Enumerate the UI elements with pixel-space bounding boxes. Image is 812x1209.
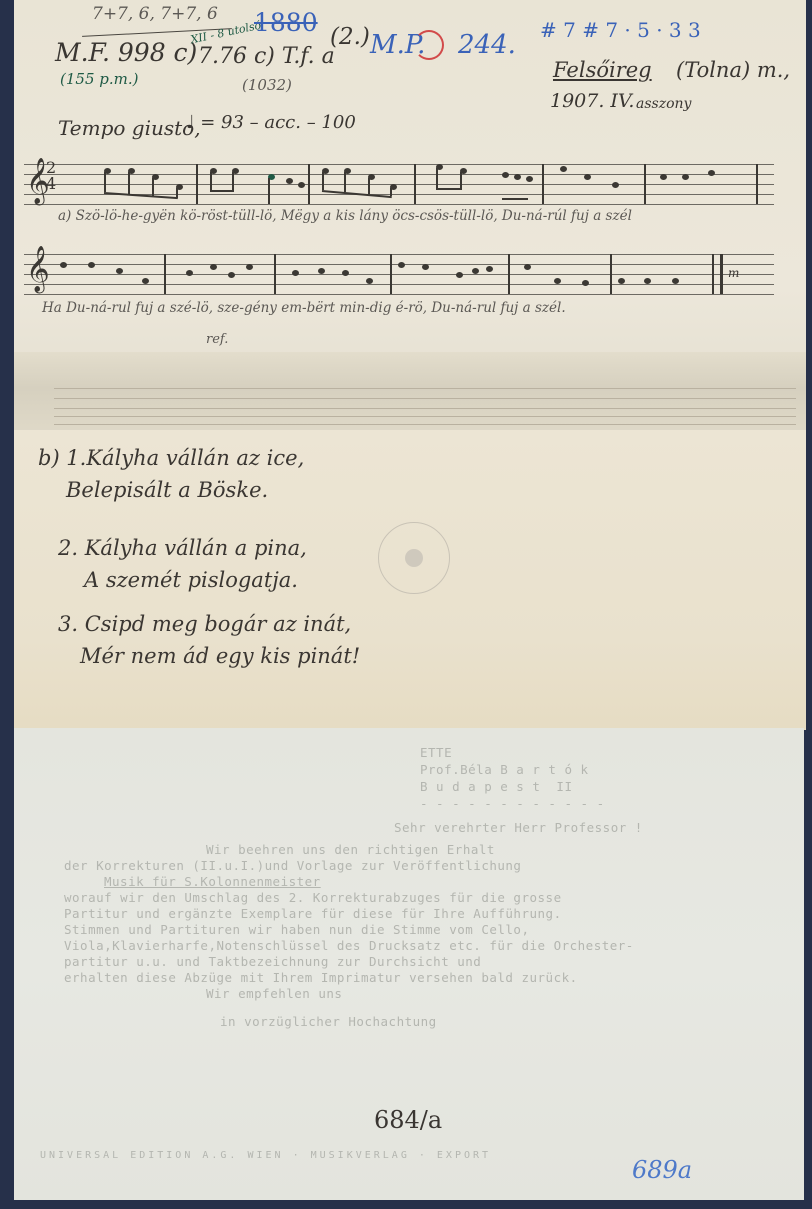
typed-line: B u d a p e s t II [420,779,573,794]
tf-reference: 7.76 c) T.f. a [198,44,335,69]
library-stamp-icon [378,522,450,594]
archive-number-pencil: 684/a [374,1106,442,1134]
typed-line: Wir beehren uns den richtigen Erhalt [206,842,495,857]
verse-2-line-1: 2. Kályha vállán a pina, [58,536,307,560]
folded-empty-staff [14,352,806,442]
music-staff-2: 𝄞 m [24,254,774,296]
typed-footer: UNIVERSAL EDITION A.G. WIEN · MUSIKVERLA… [40,1150,491,1161]
lyrics-line-1: a) Szö-lö-he-gyën kö-röst-tüll-lö, Mëgy … [58,208,632,224]
lyrics-line-2: Ha Du-ná-rul fuj a szé-lö, sze-gény em-b… [42,300,566,316]
verse-2-text-1: Kályha vállán a pina, [85,536,307,560]
typed-line: worauf wir den Umschlag des 2. Korrektur… [64,890,562,905]
refrain-label: ref. [206,332,228,347]
verse-3-line-2: Mér nem ád egy kis pinát! [80,644,360,668]
typed-line: in vorzüglicher Hochachtung [220,1014,437,1029]
typed-line: - - - - - - - - - - - - [420,796,605,811]
typed-line: erhalten diese Abzüge mit Ihrem Imprimat… [64,970,578,985]
typed-line: ETTE [420,745,452,760]
place-name: Felsőireg [553,58,652,82]
typed-line: Partitur und ergänzte Exemplare für dies… [64,906,562,921]
mp-number: 244. [458,30,516,60]
typed-line: Wir empfehlen uns [206,986,342,1001]
typed-line: Prof.Béla B a r t ó k [420,762,589,777]
part-number: (2.) [330,24,370,50]
typed-line: partitur u.u. und Taktbezeichnung zur Du… [64,954,481,969]
verse-3-text-1: Csipd meg bogár az inát, [85,612,351,636]
tf-subnote: (1032) [242,76,292,94]
end-mark: m [728,266,739,280]
typed-line: Musik für S.Kolonnenmeister [104,874,321,889]
verse-1-label: b) 1. [38,446,86,470]
sum-note: 7+7, 6, 7+7, 6 [92,4,218,24]
typed-line: Stimmen und Partituren wir haben nun die… [64,922,530,937]
verse-2-line-2: A szemét pislogatja. [84,568,298,592]
verse-1-line-2: Belepisált a Böske. [66,478,268,502]
verse-3-label: 3. [58,612,78,636]
archive-number-blue: 689a [632,1156,692,1184]
music-staff-1: 𝄞 24 [24,164,774,206]
time-signature: 24 [46,160,56,192]
treble-clef-icon-2: 𝄞 [26,246,50,292]
verse-2-label: 2. [58,536,78,560]
verse-1-line-1: b) 1.Kályha vállán az ice, [38,446,304,470]
mf-number: M.F. 998 c) [55,38,197,67]
typed-line: der Korrekturen (II.u.I.)und Vorlage zur… [64,858,521,873]
county-name: (Tolna) m., [676,58,790,82]
scale-degrees: # 7 # 7 · 5 · 3 3 [540,18,701,42]
verse-3-line-1: 3. Csipd meg bogár az inát, [58,612,351,636]
mf-subnote: (155 p.m.) [60,70,138,88]
typed-line: Sehr verehrter Herr Professor ! [394,820,643,835]
collection-date: 1907. IV. [550,90,634,112]
informant: asszony [636,96,691,112]
typed-line: Viola,Klavierharfe,Notenschlüssel des Dr… [64,938,634,953]
red-circle-mark [414,30,444,60]
tempo-marking: Tempo giusto, [58,116,201,140]
verse-1-text-1: Kályha vállán az ice, [86,446,304,470]
crossed-number: 1880 [254,8,318,37]
metronome-marking: ♩ = 93 – acc. – 100 [186,112,356,133]
time-sig-bottom: 4 [46,174,56,193]
